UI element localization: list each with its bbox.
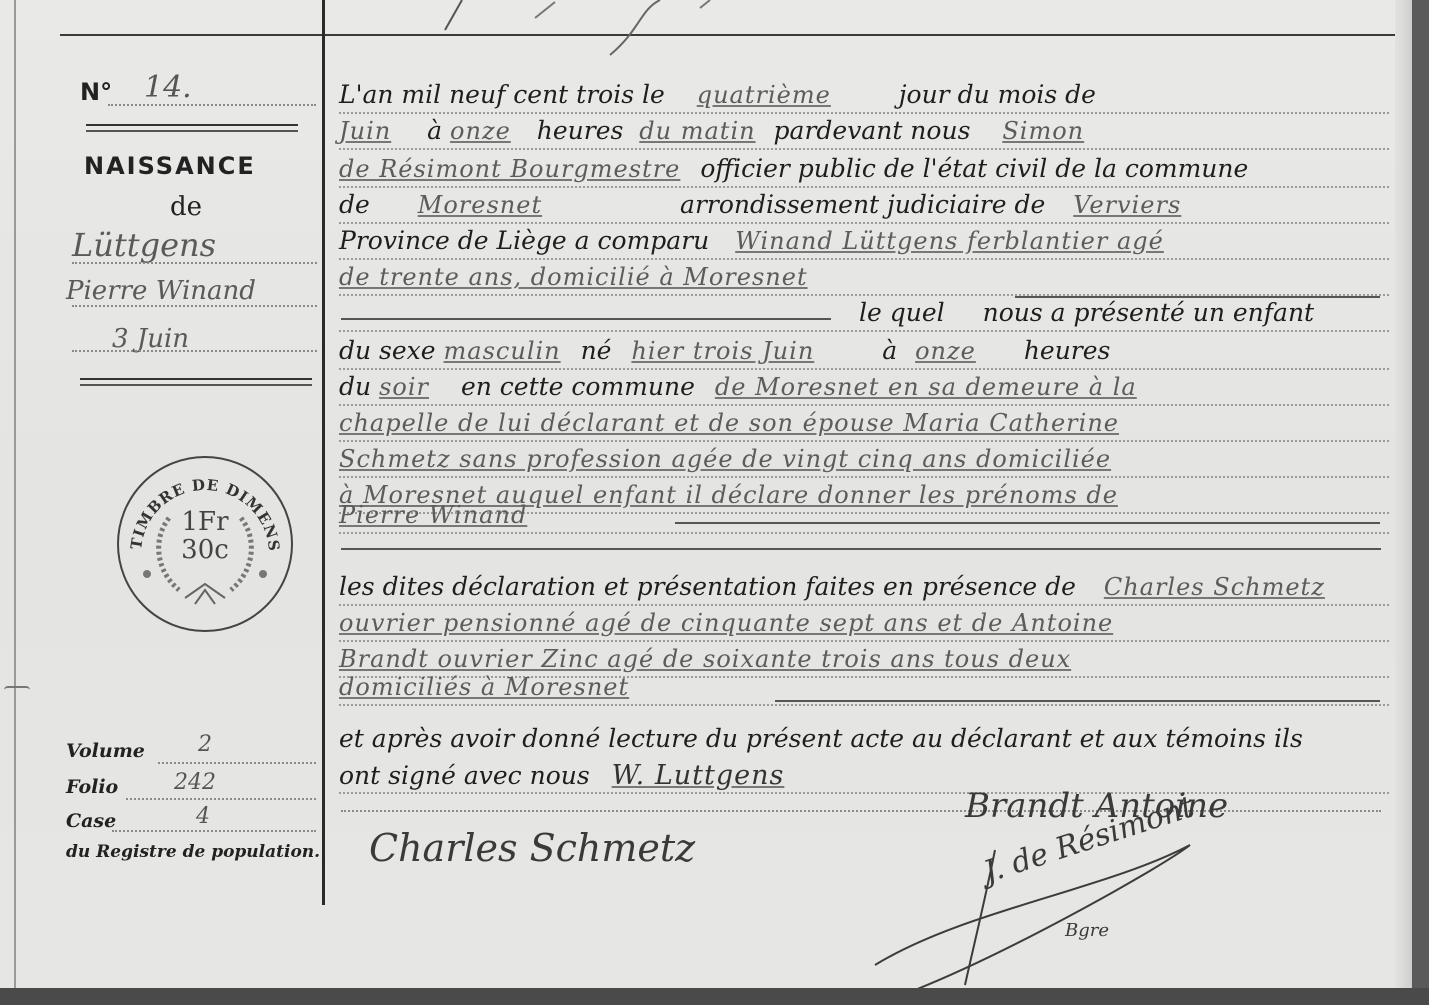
volume-label: Volume — [66, 740, 145, 762]
body-line: les dites déclaration et présentation fa… — [339, 572, 1389, 612]
number-dotted-line — [108, 104, 316, 106]
folio-line — [126, 798, 316, 800]
certificate-body: L'an mil neuf cent trois le quatrième jo… — [325, 0, 1405, 990]
body-line: Schmetz sans profession agée de vingt ci… — [339, 444, 1389, 484]
surname-line — [72, 262, 317, 264]
entry-number: N° 14. — [80, 78, 320, 114]
margin-column: N° 14. NAISSANCE de Lüttgens Pierre Wina… — [0, 0, 322, 990]
body-line: Pierre Winand — [339, 500, 1389, 540]
body-line: de Résimont Bourgmestre officier public … — [339, 154, 1389, 194]
heading-naissance: NAISSANCE — [84, 152, 284, 180]
folio-label: Folio — [66, 776, 118, 798]
body-line: domiciliés à Moresnet — [339, 672, 1389, 712]
surname: Lüttgens — [72, 226, 216, 264]
number-separator — [86, 124, 298, 132]
volume-line — [158, 762, 316, 764]
body-line: Juin à onze heures du matin pardevant no… — [339, 116, 1389, 156]
stamp-value: 1Fr 30c — [169, 508, 241, 564]
officer-signature-flourish — [865, 840, 1365, 990]
body-line: et après avoir donné lecture du présent … — [339, 724, 1389, 764]
heading-de: de — [170, 192, 202, 222]
case-label: Case — [66, 810, 116, 832]
date-line — [72, 350, 317, 352]
fill-rule — [775, 700, 1380, 702]
volume-value: 2 — [198, 732, 212, 757]
folio-value: 242 — [174, 770, 216, 795]
section-rule — [341, 548, 1381, 550]
fill-rule — [675, 522, 1380, 524]
document-page: N° 14. NAISSANCE de Lüttgens Pierre Wina… — [0, 0, 1412, 990]
page-edge-shadow — [1405, 0, 1412, 990]
case-value: 4 — [196, 804, 210, 829]
body-line: du soir en cette commune de Moresnet en … — [339, 372, 1389, 412]
body-line: ont signé avec nous W. Luttgens — [339, 760, 1389, 800]
margin-separator — [80, 378, 312, 386]
stamp-francs: 1Fr — [169, 508, 241, 536]
number-label: N° — [80, 78, 112, 106]
body-line: ouvrier pensionné agé de cinquante sept … — [339, 608, 1389, 648]
body-line: Province de Liège a comparu Winand Lüttg… — [339, 226, 1389, 266]
register-footer: du Registre de population. — [66, 842, 320, 862]
body-line: de Moresnet arrondissement judiciaire de… — [339, 190, 1389, 230]
stamp-cents: 30c — [169, 536, 241, 564]
body-line: L'an mil neuf cent trois le quatrième jo… — [339, 80, 1389, 120]
given-names-line — [72, 305, 317, 307]
number-value: 14. — [144, 70, 192, 105]
body-line: chapelle de lui déclarant et de son épou… — [339, 408, 1389, 448]
given-names: Pierre Winand — [66, 276, 256, 306]
body-line: le quel nous a présenté un enfant — [339, 298, 1389, 338]
signature-witness-1: Charles Schmetz — [369, 826, 695, 870]
revenue-stamp: TIMBRE DE DIMENSION 1Fr 30c — [117, 456, 293, 632]
body-line: du sexe masculin né hier trois Juin à on… — [339, 336, 1389, 376]
scan-background — [0, 988, 1429, 1005]
case-line — [112, 830, 316, 832]
